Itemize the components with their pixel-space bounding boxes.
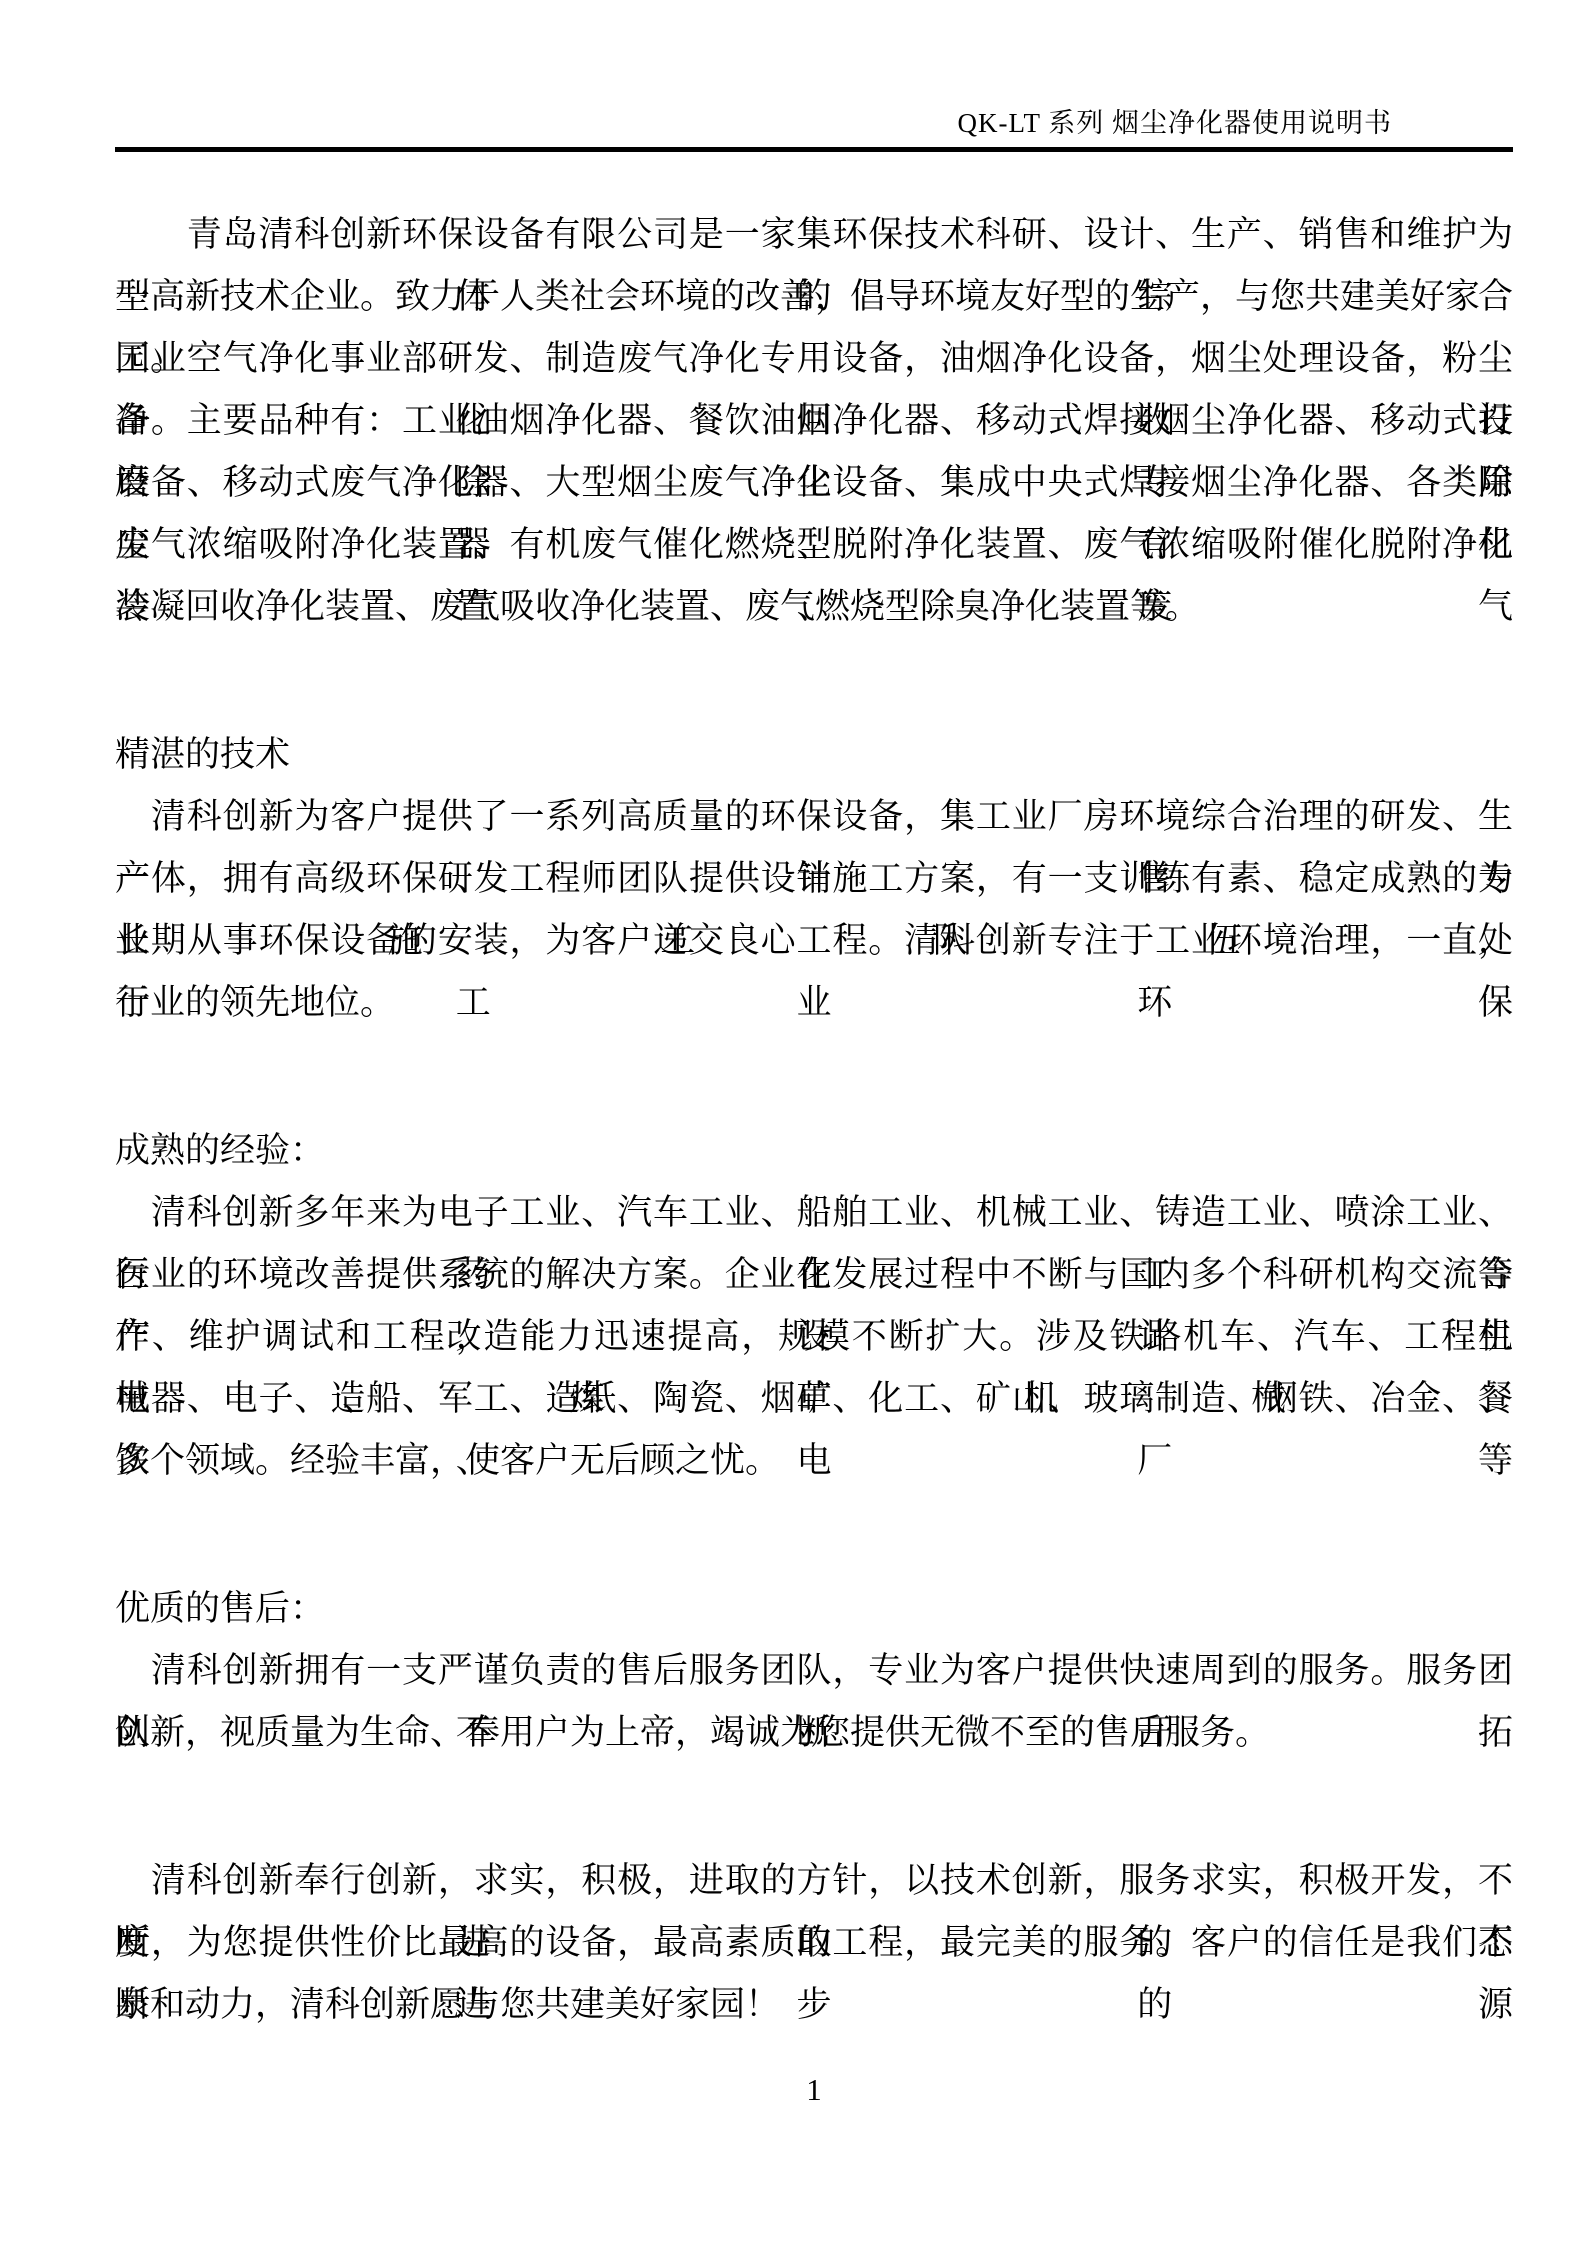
header-rule (115, 147, 1513, 152)
paragraph-line: 设备、移动式废气净化器、大型烟尘废气净化设备、集成中央式焊接烟尘净化器、各类除尘… (115, 452, 1513, 514)
paragraph-line: 工业空气净化事业部研发、制造废气净化专用设备，油烟净化设备，烟尘处理设备，粉尘净… (115, 328, 1513, 390)
paragraph-line: 废气浓缩吸附净化装置、有机废气催化燃烧型脱附净化装置、废气浓缩吸附催化脱附净化装… (115, 514, 1513, 576)
section-spacer (115, 638, 1513, 724)
paragraph-line: 清科创新为客户提供了一系列高质量的环保设备，集工业厂房环境综合治理的研发、生产、… (115, 786, 1513, 848)
paragraph-line: 青岛清科创新环保设备有限公司是一家集环保技术科研、设计、生产、销售和维护为一体的… (115, 204, 1513, 266)
document-page: QK-LT 系列 烟尘净化器使用说明书 青岛清科创新环保设备有限公司是一家集环保… (0, 0, 1587, 2245)
section-heading-technology: 精湛的技术 (115, 724, 1513, 786)
paragraph-line: 长期从事环保设备的安装，为客户递交良心工程。清科创新专注于工业环境治理，一直处于… (115, 910, 1513, 972)
section-spacer (115, 1492, 1513, 1578)
section-spacer (115, 1764, 1513, 1850)
page-header-title: QK-LT 系列 烟尘净化器使用说明书 (115, 104, 1513, 142)
paragraph-line: 度，为您提供性价比最高的设备，最高素质的工程，最完美的服务。客户的信任是我们不断… (115, 1912, 1513, 1974)
paragraph-line: 电器、电子、造船、军工、造纸、陶瓷、烟草、化工、矿山、玻璃制造、钢铁、冶金、餐饮… (115, 1368, 1513, 1430)
paragraph-line: 产、维护调试和工程改造能力迅速提高，规模不断扩大。涉及铁路机车、汽车、工程机械、… (115, 1306, 1513, 1368)
paragraph-line: 一体，拥有高级环保研发工程师团队提供设计施工方案，有一支训练有素、稳定成熟的专业… (115, 848, 1513, 910)
paragraph-line: 清科创新奉行创新，求实，积极，进取的方针，以技术创新，服务求实，积极开发，不断进… (115, 1850, 1513, 1912)
paragraph-line: 清科创新拥有一支严谨负责的售后服务团队，专业为客户提供快速周到的服务。服务团队不… (115, 1640, 1513, 1702)
section-spacer (115, 1034, 1513, 1120)
section-heading-after-sales: 优质的售后： (115, 1578, 1513, 1640)
paragraph-line: 行业的环境改善提供系统的解决方案。企业在发展过程中不断与国内多个科研机构交流合作… (115, 1244, 1513, 1306)
paragraph-line: 清科创新多年来为电子工业、汽车工业、船舶工业、机械工业、铸造工业、喷涂工业、医药… (115, 1182, 1513, 1244)
paragraph-line: 型高新技术企业。致力于人类社会环境的改善，倡导环境友好型的生产，与您共建美好家园… (115, 266, 1513, 328)
section-heading-experience: 成熟的经验： (115, 1120, 1513, 1182)
document-body: 青岛清科创新环保设备有限公司是一家集环保技术科研、设计、生产、销售和维护为一体的… (115, 204, 1513, 2036)
paragraph-line: 备。主要品种有：工业油烟净化器、餐饮油烟净化器、移动式焊接烟尘净化器、移动式打磨… (115, 390, 1513, 452)
page-number: 1 (115, 2059, 1513, 2121)
